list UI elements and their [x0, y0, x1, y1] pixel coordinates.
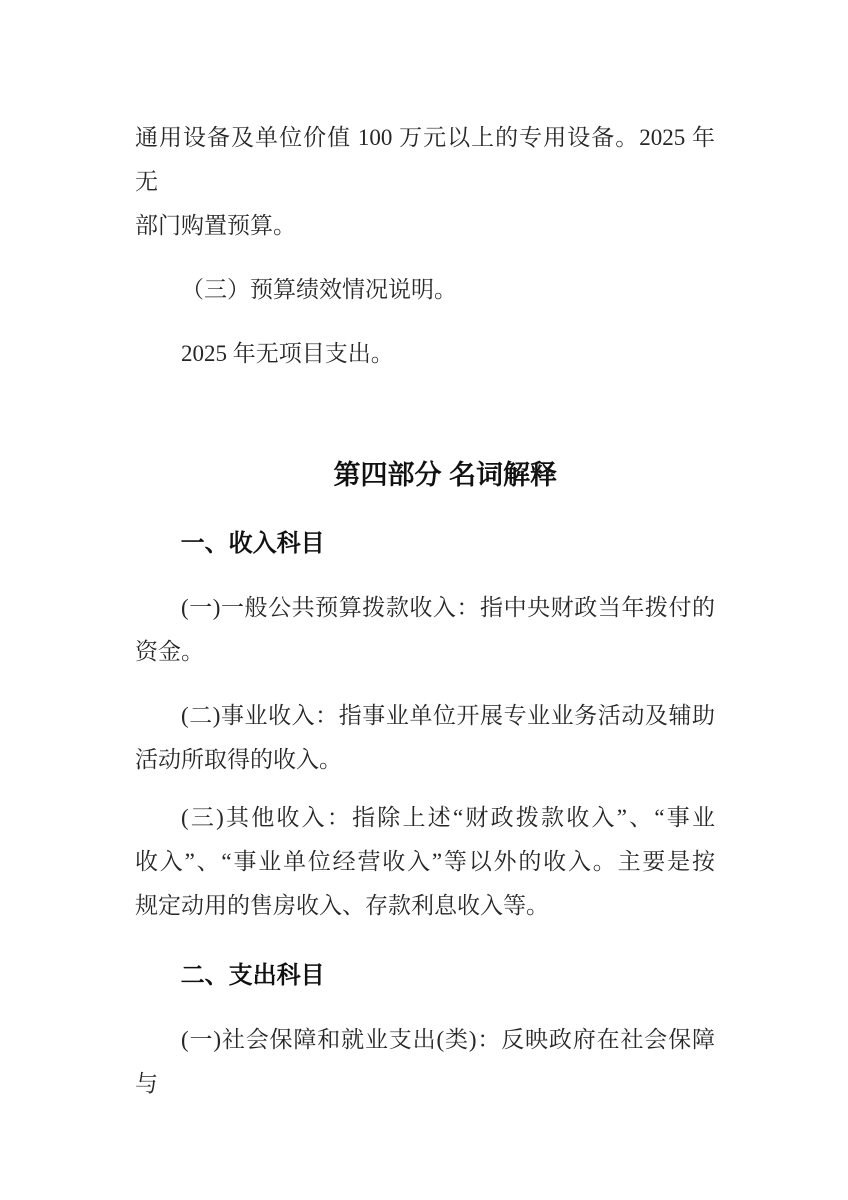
heading-expense-subjects: 二、支出科目 [135, 954, 715, 998]
paragraph-income-business-line-1: (二)事业收入：指事业单位开展专业业务活动及辅助 [135, 694, 715, 738]
heading-income-subjects: 一、收入科目 [135, 522, 715, 566]
paragraph-device-line-2: 部门购置预算。 [135, 204, 715, 248]
paragraph-income-business-line-2: 活动所取得的收入。 [135, 738, 715, 782]
section-title: 第四部分 名词解释 [135, 453, 715, 497]
paragraph-income-other-line-1: (三)其他收入：指除上述“财政拨款收入”、“事业 [135, 796, 715, 840]
paragraph-income-other-line-2: 收入”、“事业单位经营收入”等以外的收入。主要是按 [135, 840, 715, 884]
paragraph-expense-social-line-1: (一)社会保障和就业支出(类)：反映政府在社会保障与 [135, 1018, 715, 1106]
document-page: 通用设备及单位价值 100 万元以上的专用设备。2025 年无 部门购置预算。 … [0, 0, 848, 1200]
paragraph-device-line-1: 通用设备及单位价值 100 万元以上的专用设备。2025 年无 [135, 116, 715, 204]
paragraph-income-other-line-3: 规定动用的售房收入、存款利息收入等。 [135, 884, 715, 928]
paragraph-income-general-line-1: (一)一般公共预算拨款收入：指中央财政当年拨付的 [135, 586, 715, 630]
paragraph-no-project: 2025 年无项目支出。 [135, 332, 715, 376]
paragraph-performance-note: （三）预算绩效情况说明。 [135, 268, 715, 312]
document-content: 通用设备及单位价值 100 万元以上的专用设备。2025 年无 部门购置预算。 … [135, 116, 715, 1106]
paragraph-income-general-line-2: 资金。 [135, 630, 715, 674]
